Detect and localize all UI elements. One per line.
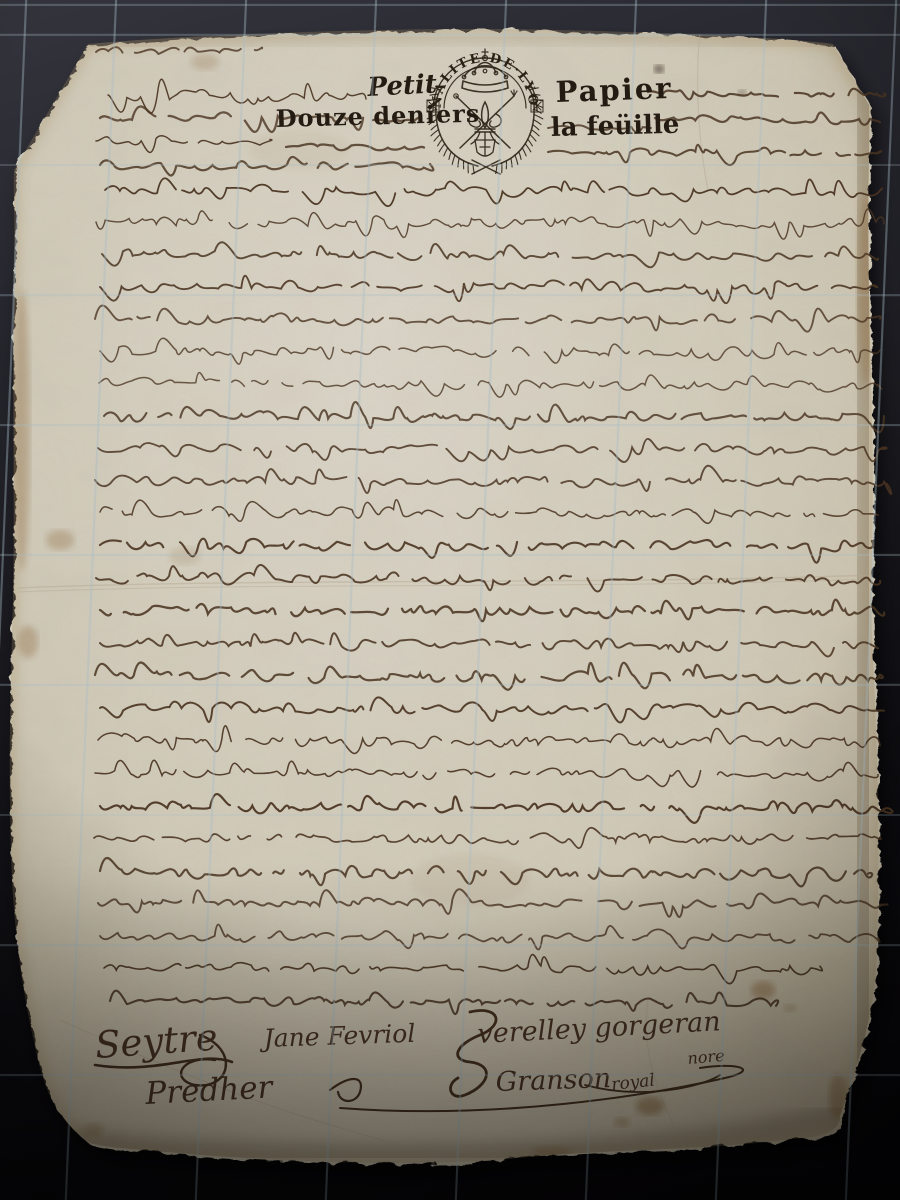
photo-scene: ·GNALITE·DE·LYON· xyxy=(0,0,900,1200)
tile-grid xyxy=(0,0,900,1200)
